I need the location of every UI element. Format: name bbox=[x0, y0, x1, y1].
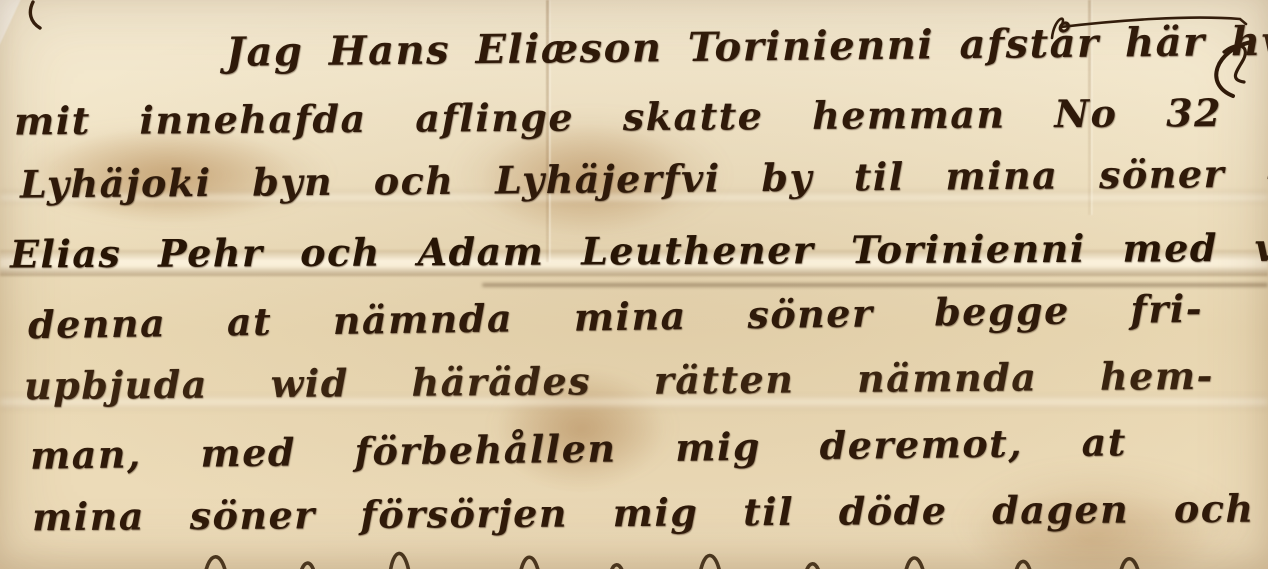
handwritten-line-5: denna at nämnda mina söner begge fri- bbox=[28, 286, 1204, 347]
pen-stroke-top-left bbox=[30, 2, 40, 28]
handwritten-line-3: Lyhäjoki byn och Lyhäjerfvi by til mina … bbox=[20, 150, 1268, 206]
handwritten-line-2: mit innehafda aflinge skatte hemman No 3… bbox=[14, 90, 1268, 144]
paper-edge-vignette bbox=[0, 0, 1268, 569]
ink-flourishes-overlay bbox=[0, 0, 1268, 569]
handwritten-line-7: man, med förbehållen mig deremot, at bbox=[30, 419, 1127, 477]
partial-bottom-line-letter-tops bbox=[205, 553, 1139, 569]
handwritten-line-4: Elias Pehr och Adam Leuthener Torinienni… bbox=[10, 225, 1268, 277]
manuscript-page: Jag Hans Eliæson Torinienni afstår här h… bbox=[0, 0, 1268, 569]
handwritten-line-1: Jag Hans Eliæson Torinienni afstår här h… bbox=[226, 15, 1268, 76]
handwritten-line-6: upbjuda wid härädes rätten nämnda hem- bbox=[24, 353, 1214, 408]
paper-corner-edge bbox=[0, 0, 30, 46]
handwritten-line-8: mina söner försörjen mig til döde dagen … bbox=[32, 486, 1255, 540]
